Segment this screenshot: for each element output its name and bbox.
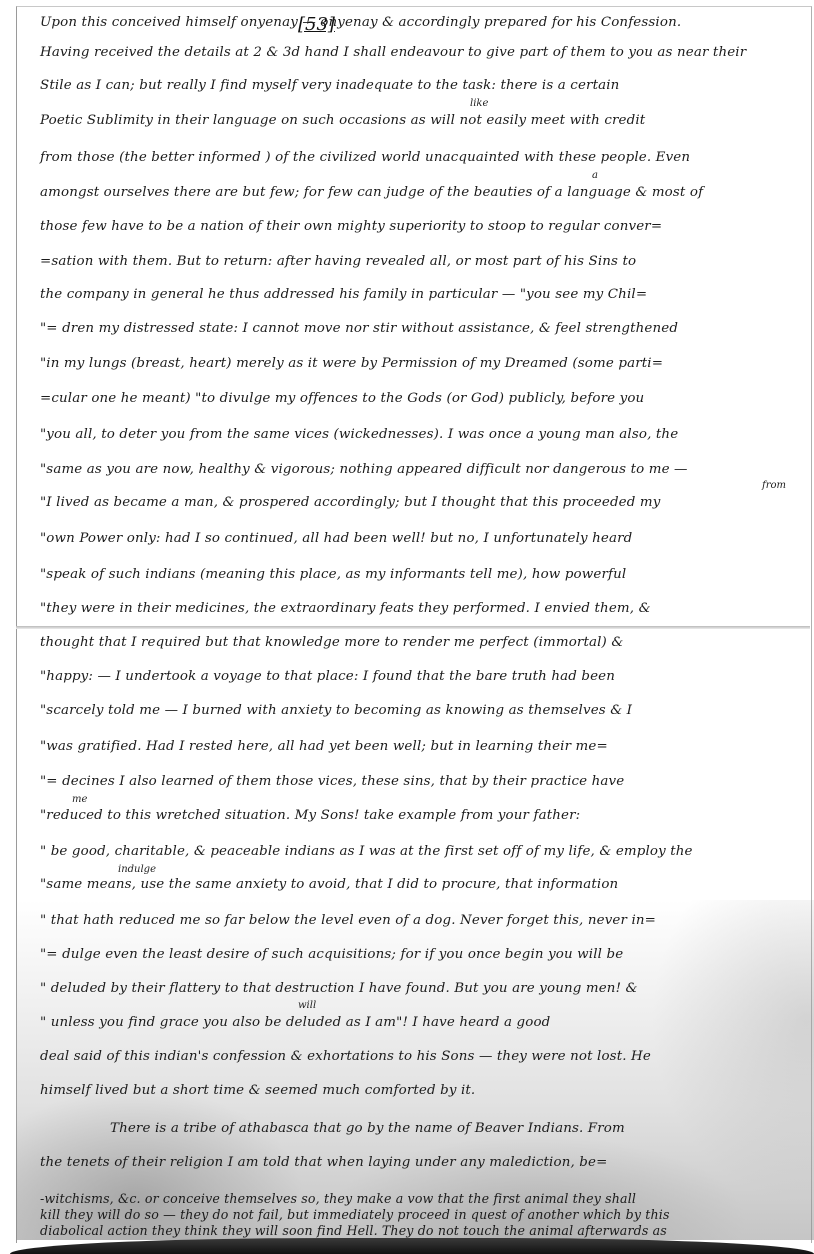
interlinear-insertion: a	[592, 170, 598, 181]
manuscript-line: thought that I required but that knowled…	[40, 634, 800, 652]
manuscript-line: There is a tribe of athabasca that go by…	[110, 1120, 814, 1138]
manuscript-line: "own Power only: had I so continued, all…	[40, 530, 800, 548]
manuscript-line: deal said of this indian's confession & …	[40, 1048, 800, 1066]
interlinear-insertion: me	[72, 794, 87, 805]
manuscript-line: "I lived as became a man, & prospered ac…	[40, 494, 800, 512]
manuscript-line: " be good, charitable, & peaceable india…	[40, 843, 800, 861]
page-fold	[16, 626, 810, 629]
manuscript-line: "= decines I also learned of them those …	[40, 773, 800, 791]
manuscript-line: Poetic Sublimity in their language on su…	[40, 112, 800, 130]
manuscript-line: "= dren my distressed state: I cannot mo…	[40, 320, 800, 338]
manuscript-line: "happy: — I undertook a voyage to that p…	[40, 668, 800, 686]
manuscript-line: "same as you are now, healthy & vigorous…	[40, 461, 800, 479]
manuscript-line: Having received the details at 2 & 3d ha…	[40, 44, 800, 62]
manuscript-line: Stile as I can; but really I find myself…	[40, 77, 800, 95]
manuscript-line: "reduced to this wretched situation. My …	[40, 807, 800, 825]
interlinear-insertion: indulge	[118, 864, 156, 875]
manuscript-line: =cular one he meant) "to divulge my offe…	[40, 390, 800, 408]
manuscript-line: " that hath reduced me so far below the …	[40, 912, 800, 930]
manuscript-line: from those (the better informed ) of the…	[40, 149, 800, 167]
manuscript-line: Upon this conceived himself onyenay — on…	[40, 14, 800, 32]
manuscript-line: =sation with them. But to return: after …	[40, 253, 800, 271]
manuscript-line: "speak of such indians (meaning this pla…	[40, 566, 800, 584]
manuscript-page: [53] Upon this conceived himself onyenay…	[0, 0, 814, 1254]
manuscript-line: "you all, to deter you from the same vic…	[40, 426, 800, 444]
interlinear-insertion: will	[298, 1000, 316, 1011]
manuscript-line: "= dulge even the least desire of such a…	[40, 946, 800, 964]
manuscript-line: "scarcely told me — I burned with anxiet…	[40, 702, 800, 720]
manuscript-line: "in my lungs (breast, heart) merely as i…	[40, 355, 800, 373]
manuscript-line: the tenets of their religion I am told t…	[40, 1154, 800, 1172]
manuscript-line: " deluded by their flattery to that dest…	[40, 980, 800, 998]
manuscript-line: himself lived but a short time & seemed …	[40, 1082, 800, 1100]
manuscript-line: "same means, use the same anxiety to avo…	[40, 876, 800, 894]
manuscript-line: amongst ourselves there are but few; for…	[40, 184, 800, 202]
manuscript-line: "was gratified. Had I rested here, all h…	[40, 738, 800, 756]
interlinear-insertion: from	[762, 480, 786, 491]
manuscript-line: "they were in their medicines, the extra…	[40, 600, 800, 618]
interlinear-insertion: like	[470, 98, 488, 109]
manuscript-line: " unless you find grace you also be delu…	[40, 1014, 800, 1032]
manuscript-line: the company in general he thus addressed…	[40, 286, 800, 304]
manuscript-line: those few have to be a nation of their o…	[40, 218, 800, 236]
